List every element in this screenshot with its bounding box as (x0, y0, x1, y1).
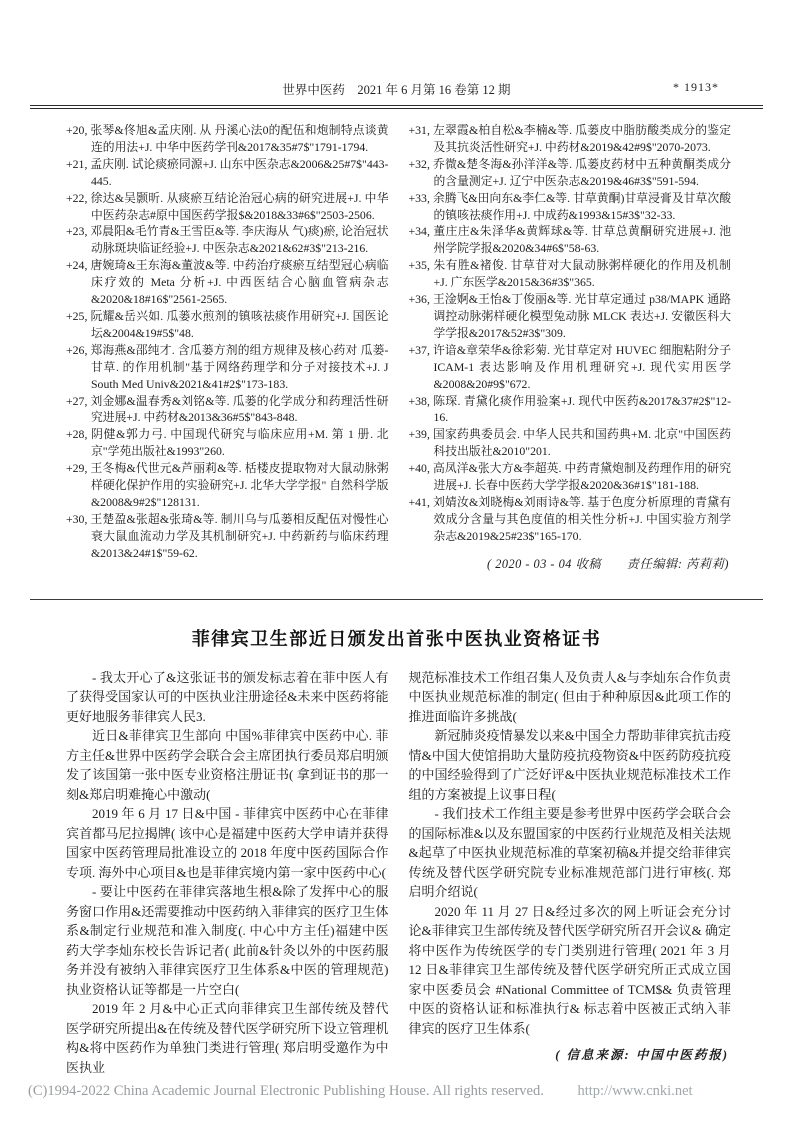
cnki-footer: (C)1994-2022 China Academic Journal Elec… (28, 1083, 693, 1100)
reference-item: +28, 阴健&郭力弓. 中国现代研究与临床应用+M. 第 1 册. 北京"学苑… (66, 426, 389, 460)
reference-item: +30, 王楚盈&张超&张琦&等. 制川乌与瓜蒌相反配伍对慢性心衰大鼠血流动力学… (66, 511, 389, 562)
reference-item: +29, 王冬梅&代世元&芦丽莉&等. 栝楼皮提取物对大鼠动脉粥样硬化保护作用的… (66, 460, 389, 511)
article-title: 菲律宾卫生部近日颁发出首张中医执业资格证书 (0, 625, 793, 651)
article-paragraph: - 我们技术工作组主要是参考世界中医药学会联合会的国际标准&以及东盟国家的中医药… (409, 804, 732, 902)
reference-item: +23, 邓晨阳&毛竹青&王雪臣&等. 李庆海从 气)痰)瘀, 论治冠状动脉斑块… (66, 223, 389, 257)
article-paragraph: 近日&菲律宾卫生部向 中国%菲律宾中医药中心. 菲方主任&世界中医药学会联合会主… (66, 726, 389, 804)
reference-item: +38, 陈琛. 青黛化痰作用验案+J. 现代中医药&2017&37#2$"12… (409, 393, 732, 427)
references-section: +20, 张琴&佟旭&孟庆刚. 从 丹溪心法0的配伍和炮制特点谈黄连的用法+J.… (66, 122, 731, 572)
source-note: ( 信息来源: 中国中医药报) (409, 1045, 732, 1063)
article-divider-rule (30, 599, 763, 600)
references-left-column: +20, 张琴&佟旭&孟庆刚. 从 丹溪心法0的配伍和炮制特点谈黄连的用法+J.… (66, 122, 389, 572)
reference-item: +31, 左翠霞&柏自松&李楠&等. 瓜蒌皮中脂肪酸类成分的鉴定及其抗炎活性研究… (409, 122, 732, 156)
journal-header: 世界中医药 2021 年 6 月第 16 卷第 12 期 * 1913* (32, 0, 761, 98)
reference-item: +26, 郑海燕&邵纯才. 含瓜蒌方剂的组方规律及核心药对 瓜蒌-甘草. 的作用… (66, 342, 389, 393)
reference-item: +33, 余腾飞&田向东&李仁&等. 甘草黄酮)甘草浸膏及甘草次酸的镇咳祛痰作用… (409, 190, 732, 224)
article-paragraph: 规范标准技术工作组召集人及负责人&与李灿东合作负责中医执业规范标准的制定( 但由… (409, 668, 732, 727)
references-right-column: +31, 左翠霞&柏自松&李楠&等. 瓜蒌皮中脂肪酸类成分的鉴定及其抗炎活性研究… (409, 122, 732, 572)
reference-item: +35, 朱有胜&褚俊. 甘草苷对大鼠动脉粥样硬化的作用及机制+J. 广东医学&… (409, 257, 732, 291)
footer-url: http://www.cnki.net (578, 1083, 693, 1099)
article-body: - 我太开心了&这张证书的颁发标志着在菲中医人有了获得受国家认可的中医执业注册途… (66, 668, 731, 1078)
article-right-paragraphs: 规范标准技术工作组召集人及负责人&与李灿东合作负责中医执业规范标准的制定( 但由… (409, 668, 732, 1039)
reference-item: +24, 唐婉琦&王东海&董波&等. 中药治疗痰瘀互结型冠心病临床疗效的 Met… (66, 257, 389, 308)
references-right-list: +31, 左翠霞&柏自松&李楠&等. 瓜蒌皮中脂肪酸类成分的鉴定及其抗炎活性研究… (409, 122, 732, 545)
reference-item: +37, 许谙&章荣华&徐彩菊. 光甘草定对 HUVEC 细胞粘附分子 ICAM… (409, 342, 732, 393)
page-number: * 1913* (673, 80, 719, 95)
reference-item: +27, 刘金娜&温春秀&刘铭&等. 瓜蒌的化学成分和药理活性研究进展+J. 中… (66, 393, 389, 427)
article-paragraph: 2019 年 6 月 17 日&中国 - 菲律宾中医药中心在菲律宾首都马尼拉揭牌… (66, 804, 389, 882)
article-right-column: 规范标准技术工作组召集人及负责人&与李灿东合作负责中医执业规范标准的制定( 但由… (409, 668, 732, 1078)
article-paragraph: 2020 年 11 月 27 日&经过多次的网上听证会充分讨论&菲律宾卫生部传统… (409, 902, 732, 1039)
article-paragraph: 新冠肺炎疫情暴发以来&中国全力帮助菲律宾抗击疫情&中国大使馆捐助大量防疫抗疫物资… (409, 726, 732, 804)
reference-item: +34, 董庄庄&朱泽华&黄辉球&等. 甘草总黄酮研究进展+J. 池州学院学报&… (409, 223, 732, 257)
reference-item: +25, 阮耀&岳兴如. 瓜蒌水煎剂的镇咳祛痰作用研究+J. 国医论坛&2004… (66, 308, 389, 342)
article-left-column: - 我太开心了&这张证书的颁发标志着在菲中医人有了获得受国家认可的中医执业注册途… (66, 668, 389, 1078)
reference-item: +36, 王淦婀&王怡&丁俊丽&等. 光甘草定通过 p38/MAPK 通路调控动… (409, 291, 732, 342)
header-double-rule (30, 105, 763, 109)
article-paragraph: 2019 年 2 月&中心正式向菲律宾卫生部传统及替代医学研究所提出&在传统及替… (66, 999, 389, 1077)
article-paragraph: - 我太开心了&这张证书的颁发标志着在菲中医人有了获得受国家认可的中医执业注册途… (66, 668, 389, 727)
article-paragraph: - 要让中医药在菲律宾落地生根&除了发挥中心的服务窗口作用&还需要推动中医药纳入… (66, 882, 389, 999)
reference-item: +32, 乔微&楚冬海&孙洋洋&等. 瓜蒌皮药材中五种黄酮类成分的含量测定+J.… (409, 156, 732, 190)
footer-copyright: (C)1994-2022 China Academic Journal Elec… (28, 1083, 544, 1099)
reference-item: +40, 高凤洋&张大方&李超英. 中药青黛炮制及药理作用的研究进展+J. 长春… (409, 460, 732, 494)
reference-item: +22, 徐达&吴颢昕. 从痰瘀互结论治冠心病的研究进展+J. 中华中医药杂志#… (66, 190, 389, 224)
reference-item: +21, 孟庆刚. 试论痰瘀同源+J. 山东中医杂志&2006&25#7$"44… (66, 156, 389, 190)
received-note: ( 2020 - 03 - 04 收稿 责任编辑: 芮莉莉) (409, 554, 732, 572)
journal-header-line: 世界中医药 2021 年 6 月第 16 卷第 12 期 (282, 83, 510, 97)
reference-item: +39, 国家药典委员会. 中华人民共和国药典+M. 北京"中国医药科技出版社&… (409, 426, 732, 460)
reference-item: +41, 刘婧汝&刘晓梅&刘雨诗&等. 基于色度分析原理的青黛有效成分含量与其色… (409, 494, 732, 545)
reference-item: +20, 张琴&佟旭&孟庆刚. 从 丹溪心法0的配伍和炮制特点谈黄连的用法+J.… (66, 122, 389, 156)
